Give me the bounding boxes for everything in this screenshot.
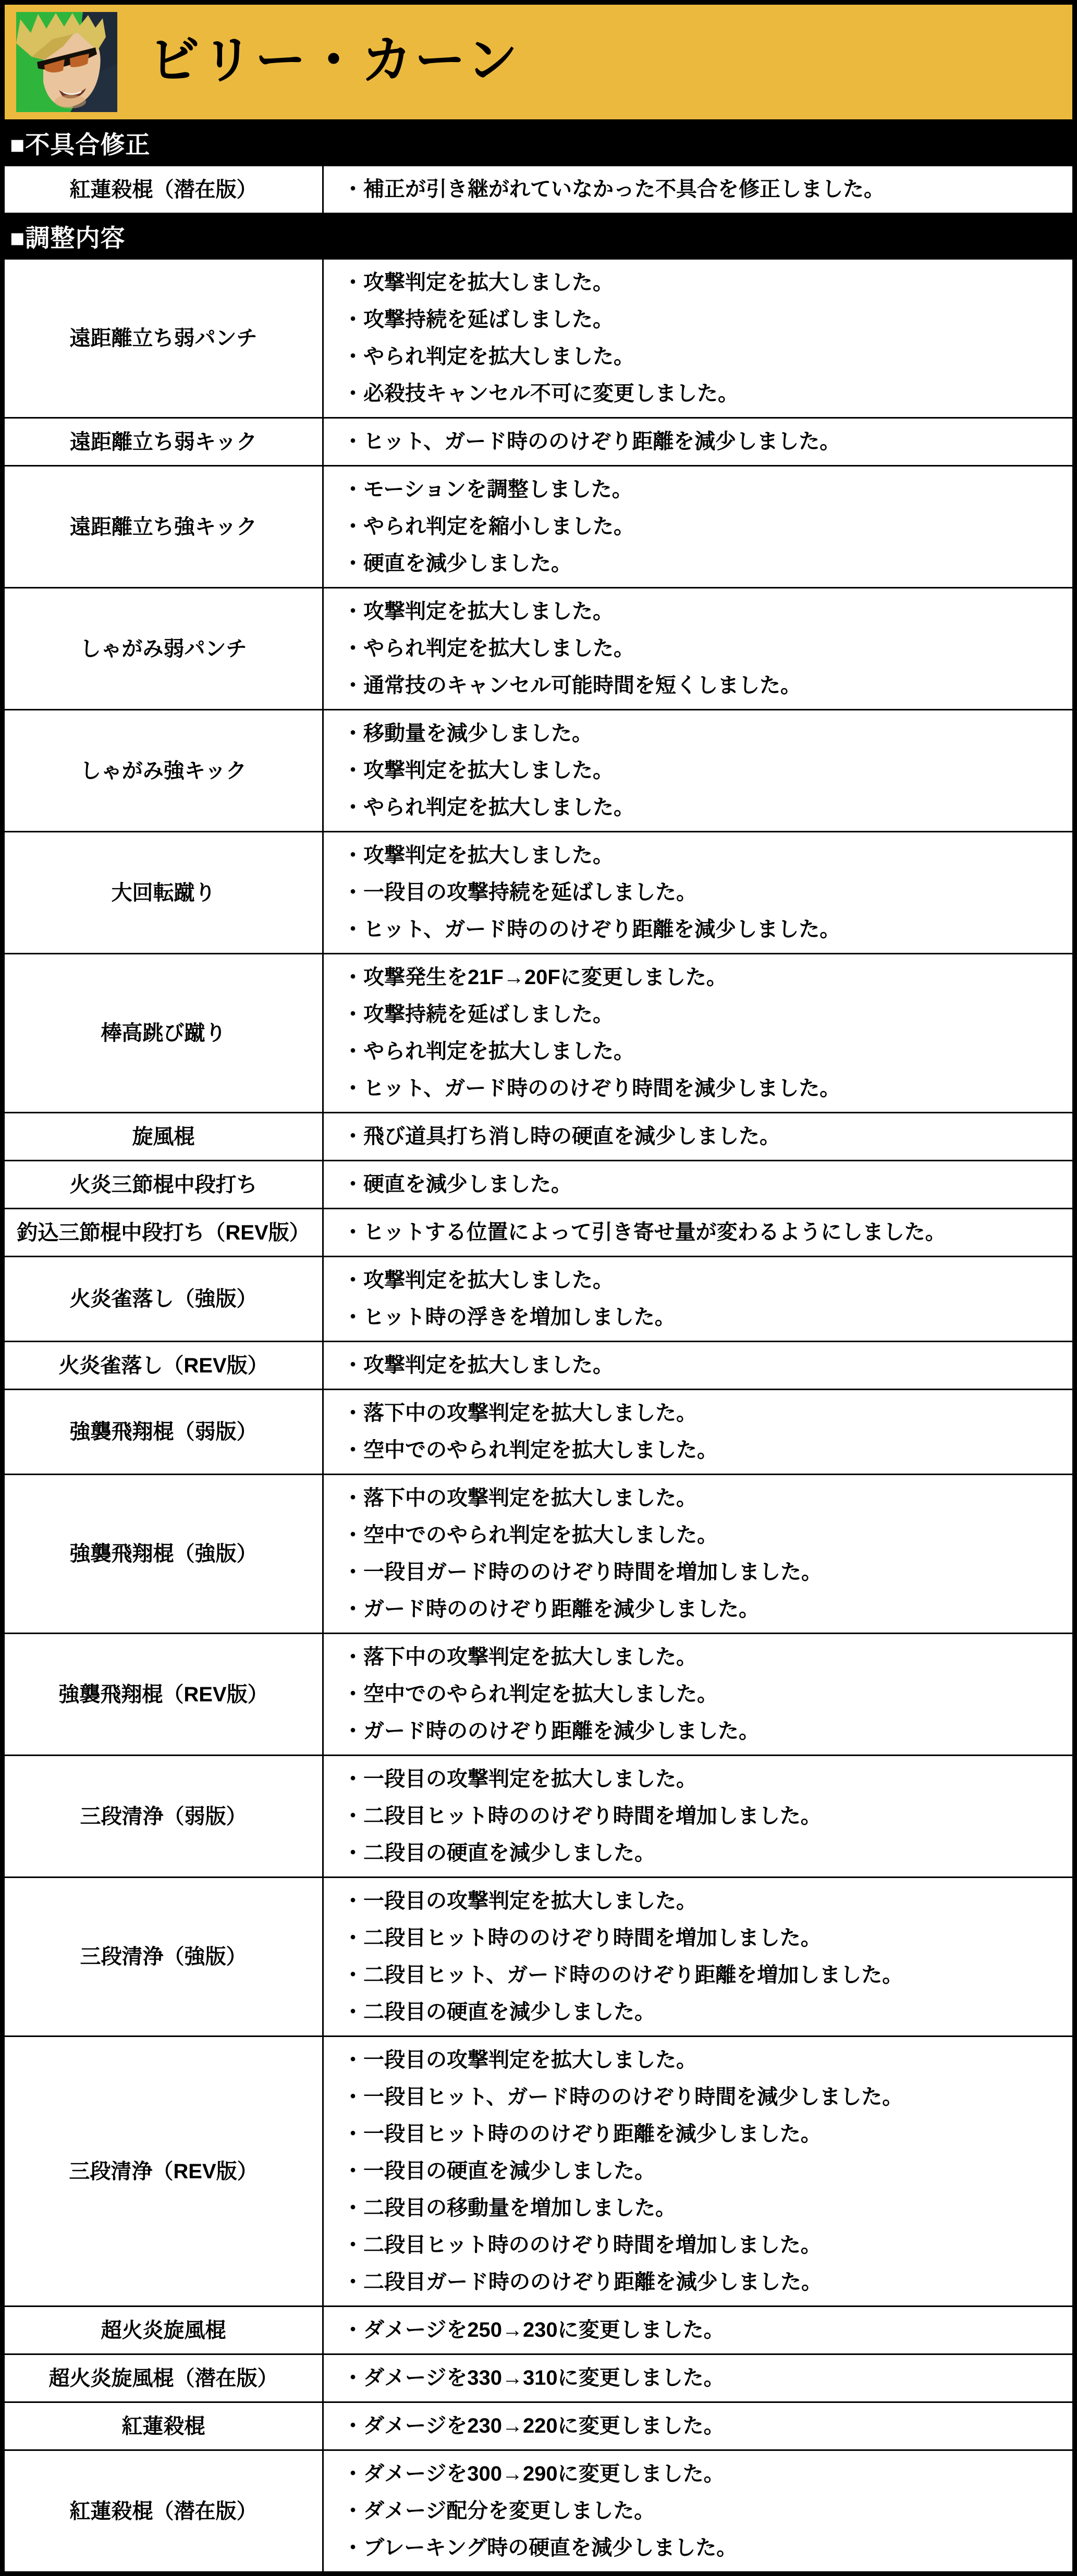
sections-container: ■不具合修正 紅蓮殺棍（潜在版） ・補正が引き継がれていなかった不具合を修正しま…	[5, 119, 1072, 2571]
table-row: 超火炎旋風棍（潜在版） ・ダメージを330→310に変更しました。	[5, 2355, 1072, 2403]
change-item: ・ダメージを330→310に変更しました。	[342, 2360, 1060, 2397]
move-name-cell: 遠距離立ち強キック	[5, 467, 324, 587]
move-name-cell: 三段清浄（REV版）	[5, 2037, 324, 2305]
change-item: ・落下中の攻撃判定を拡大しました。	[342, 1480, 1060, 1517]
move-name: 紅蓮殺棍（潜在版）	[70, 177, 258, 203]
move-name: 超火炎旋風棍	[101, 2317, 226, 2344]
change-item: ・空中でのやられ判定を拡大しました。	[342, 1432, 1060, 1469]
table-row: 大回転蹴り ・攻撃判定を拡大しました。・一段目の攻撃持続を延ばしました。・ヒット…	[5, 832, 1072, 954]
changes-cell: ・攻撃発生を21F→20Fに変更しました。・攻撃持続を延ばしました。・やられ判定…	[324, 954, 1072, 1112]
change-item: ・二段目ヒット時ののけぞり時間を増加しました。	[342, 1798, 1060, 1835]
table-row: 遠距離立ち強キック ・モーションを調整しました。・やられ判定を縮小しました。・硬…	[5, 467, 1072, 588]
move-name: 強襲飛翔棍（REV版）	[58, 1682, 268, 1708]
table-row: 釣込三節棍中段打ち（REV版） ・ヒットする位置によって引き寄せ量が変わるように…	[5, 1209, 1072, 1257]
move-name: 三段清浄（REV版）	[69, 2158, 258, 2185]
move-name-cell: しゃがみ弱パンチ	[5, 588, 324, 709]
move-name: 超火炎旋風棍（潜在版）	[49, 2365, 278, 2391]
table-row: 紅蓮殺棍 ・ダメージを230→220に変更しました。	[5, 2403, 1072, 2451]
changes-cell: ・硬直を減少しました。	[324, 1161, 1072, 1208]
table-row: 三段清浄（弱版） ・一段目の攻撃判定を拡大しました。・二段目ヒット時ののけぞり時…	[5, 1756, 1072, 1878]
changes-cell: ・落下中の攻撃判定を拡大しました。・空中でのやられ判定を拡大しました。・一段目ガ…	[324, 1475, 1072, 1633]
changes-cell: ・ダメージを230→220に変更しました。	[324, 2403, 1072, 2449]
move-name: 強襲飛翔棍（強版）	[70, 1541, 258, 1567]
table-row: 強襲飛翔棍（弱版） ・落下中の攻撃判定を拡大しました。・空中でのやられ判定を拡大…	[5, 1390, 1072, 1475]
change-item: ・攻撃判定を拡大しました。	[342, 264, 1060, 301]
changes-cell: ・ダメージを250→230に変更しました。	[324, 2307, 1072, 2353]
move-name-cell: 火炎三節棍中段打ち	[5, 1161, 324, 1208]
move-name-cell: 強襲飛翔棍（REV版）	[5, 1634, 324, 1755]
section-header: ■調整内容	[5, 213, 1072, 260]
move-name: 三段清浄（弱版）	[80, 1804, 247, 1830]
change-item: ・ダメージを300→290に変更しました。	[342, 2456, 1060, 2493]
changes-cell: ・落下中の攻撃判定を拡大しました。・空中でのやられ判定を拡大しました。	[324, 1390, 1072, 1474]
changes-cell: ・ダメージを330→310に変更しました。	[324, 2355, 1072, 2401]
change-item: ・一段目の攻撃判定を拡大しました。	[342, 1761, 1060, 1798]
patch-notes-page: ビリー・カーン ■不具合修正 紅蓮殺棍（潜在版） ・補正が引き継がれていなかった…	[0, 0, 1077, 2576]
table-row: 超火炎旋風棍 ・ダメージを250→230に変更しました。	[5, 2307, 1072, 2355]
change-item: ・硬直を減少しました。	[342, 1166, 1060, 1203]
changes-cell: ・落下中の攻撃判定を拡大しました。・空中でのやられ判定を拡大しました。・ガード時…	[324, 1634, 1072, 1755]
section-label: ■不具合修正	[10, 126, 150, 161]
table-row: しゃがみ強キック ・移動量を減少しました。・攻撃判定を拡大しました。・やられ判定…	[5, 710, 1072, 832]
changes-cell: ・移動量を減少しました。・攻撃判定を拡大しました。・やられ判定を拡大しました。	[324, 710, 1072, 831]
changes-cell: ・攻撃判定を拡大しました。・一段目の攻撃持続を延ばしました。・ヒット、ガード時の…	[324, 832, 1072, 953]
change-item: ・一段目の攻撃持続を延ばしました。	[342, 874, 1060, 911]
change-item: ・やられ判定を拡大しました。	[342, 789, 1060, 826]
changes-cell: ・一段目の攻撃判定を拡大しました。・二段目ヒット時ののけぞり時間を増加しました。…	[324, 1878, 1072, 2035]
move-name: 紅蓮殺棍（潜在版）	[70, 2498, 258, 2524]
changes-cell: ・ダメージを300→290に変更しました。・ダメージ配分を変更しました。・ブレー…	[324, 2451, 1072, 2571]
change-item: ・攻撃発生を21F→20Fに変更しました。	[342, 959, 1060, 996]
move-name-cell: 紅蓮殺棍（潜在版）	[5, 166, 324, 213]
change-item: ・落下中の攻撃判定を拡大しました。	[342, 1395, 1060, 1432]
character-face-icon	[16, 12, 117, 112]
table-row: 紅蓮殺棍（潜在版） ・補正が引き継がれていなかった不具合を修正しました。	[5, 166, 1072, 213]
change-item: ・ダメージを250→230に変更しました。	[342, 2312, 1060, 2349]
move-name: 三段清浄（強版）	[80, 1944, 247, 1970]
move-name-cell: 旋風棍	[5, 1113, 324, 1160]
change-item: ・二段目ガード時ののけぞり距離を減少しました。	[342, 2264, 1060, 2301]
change-item: ・ヒット時の浮きを増加しました。	[342, 1299, 1060, 1336]
move-name: 遠距離立ち弱キック	[70, 429, 257, 455]
change-item: ・攻撃判定を拡大しました。	[342, 1347, 1060, 1384]
table-row: 棒高跳び蹴り ・攻撃発生を21F→20Fに変更しました。・攻撃持続を延ばしました…	[5, 954, 1072, 1113]
changes-cell: ・攻撃判定を拡大しました。・ヒット時の浮きを増加しました。	[324, 1257, 1072, 1341]
change-item: ・ヒット、ガード時ののけぞり時間を減少しました。	[342, 1070, 1060, 1107]
table-row: 火炎雀落し（REV版） ・攻撃判定を拡大しました。	[5, 1342, 1072, 1390]
table-row: 火炎雀落し（強版） ・攻撃判定を拡大しました。・ヒット時の浮きを増加しました。	[5, 1257, 1072, 1342]
table-row: 旋風棍 ・飛び道具打ち消し時の硬直を減少しました。	[5, 1113, 1072, 1161]
move-name: しゃがみ弱パンチ	[80, 636, 247, 662]
character-portrait	[16, 12, 117, 112]
change-item: ・やられ判定を拡大しました。	[342, 338, 1060, 375]
change-item: ・ヒットする位置によって引き寄せ量が変わるようにしました。	[342, 1214, 1060, 1251]
move-name-cell: しゃがみ強キック	[5, 710, 324, 831]
move-name: 強襲飛翔棍（弱版）	[70, 1419, 258, 1445]
character-banner: ビリー・カーン	[5, 5, 1072, 119]
changes-cell: ・一段目の攻撃判定を拡大しました。・二段目ヒット時ののけぞり時間を増加しました。…	[324, 1756, 1072, 1876]
change-item: ・ダメージ配分を変更しました。	[342, 2493, 1060, 2530]
changes-cell: ・モーションを調整しました。・やられ判定を縮小しました。・硬直を減少しました。	[324, 467, 1072, 587]
move-name: 火炎雀落し（強版）	[70, 1286, 258, 1312]
move-name-cell: 強襲飛翔棍（強版）	[5, 1475, 324, 1633]
change-item: ・やられ判定を縮小しました。	[342, 508, 1060, 545]
change-item: ・攻撃持続を延ばしました。	[342, 996, 1060, 1033]
change-item: ・空中でのやられ判定を拡大しました。	[342, 1676, 1060, 1713]
move-name: 紅蓮殺棍	[122, 2413, 205, 2439]
change-item: ・やられ判定を拡大しました。	[342, 1033, 1060, 1070]
table-row: 強襲飛翔棍（強版） ・落下中の攻撃判定を拡大しました。・空中でのやられ判定を拡大…	[5, 1475, 1072, 1634]
move-name-cell: 遠距離立ち弱キック	[5, 419, 324, 465]
section-label: ■調整内容	[10, 219, 125, 254]
change-item: ・ガード時ののけぞり距離を減少しました。	[342, 1591, 1060, 1628]
table-row: 三段清浄（強版） ・一段目の攻撃判定を拡大しました。・二段目ヒット時ののけぞり時…	[5, 1878, 1072, 2037]
change-item: ・ダメージを230→220に変更しました。	[342, 2408, 1060, 2445]
section: ■不具合修正 紅蓮殺棍（潜在版） ・補正が引き継がれていなかった不具合を修正しま…	[5, 119, 1072, 213]
move-name-cell: 超火炎旋風棍	[5, 2307, 324, 2353]
move-name-cell: 遠距離立ち弱パンチ	[5, 260, 324, 417]
character-name-title: ビリー・カーン	[149, 34, 520, 85]
change-item: ・ヒット、ガード時ののけぞり距離を減少しました。	[342, 911, 1060, 948]
move-name: 遠距離立ち弱パンチ	[70, 325, 258, 351]
changes-cell: ・飛び道具打ち消し時の硬直を減少しました。	[324, 1113, 1072, 1160]
change-item: ・一段目ヒット時ののけぞり距離を減少しました。	[342, 2116, 1060, 2153]
change-item: ・補正が引き継がれていなかった不具合を修正しました。	[342, 171, 1060, 208]
move-name-cell: 釣込三節棍中段打ち（REV版）	[5, 1209, 324, 1256]
change-item: ・二段目の硬直を減少しました。	[342, 1835, 1060, 1872]
move-name-cell: 紅蓮殺棍（潜在版）	[5, 2451, 324, 2571]
move-name-cell: 強襲飛翔棍（弱版）	[5, 1390, 324, 1474]
move-name: 釣込三節棍中段打ち（REV版）	[17, 1220, 310, 1246]
change-item: ・二段目の移動量を増加しました。	[342, 2190, 1060, 2227]
section-header: ■不具合修正	[5, 119, 1072, 166]
change-item: ・攻撃持続を延ばしました。	[342, 301, 1060, 338]
change-item: ・やられ判定を拡大しました。	[342, 630, 1060, 667]
changes-cell: ・一段目の攻撃判定を拡大しました。・一段目ヒット、ガード時ののけぞり時間を減少し…	[324, 2037, 1072, 2305]
change-item: ・硬直を減少しました。	[342, 545, 1060, 582]
move-name-cell: 紅蓮殺棍	[5, 2403, 324, 2449]
move-name: 遠距離立ち強キック	[70, 514, 257, 540]
changes-cell: ・補正が引き継がれていなかった不具合を修正しました。	[324, 166, 1072, 213]
move-name: しゃがみ強キック	[80, 758, 247, 784]
change-item: ・攻撃判定を拡大しました。	[342, 837, 1060, 874]
move-name-cell: 火炎雀落し（強版）	[5, 1257, 324, 1341]
change-item: ・一段目の攻撃判定を拡大しました。	[342, 1883, 1060, 1920]
changes-cell: ・攻撃判定を拡大しました。	[324, 1342, 1072, 1389]
change-item: ・二段目の硬直を減少しました。	[342, 1994, 1060, 2031]
table-row: 遠距離立ち弱パンチ ・攻撃判定を拡大しました。・攻撃持続を延ばしました。・やられ…	[5, 260, 1072, 419]
table-row: 火炎三節棍中段打ち ・硬直を減少しました。	[5, 1161, 1072, 1209]
change-item: ・一段目ヒット、ガード時ののけぞり時間を減少しました。	[342, 2079, 1060, 2116]
change-item: ・一段目の硬直を減少しました。	[342, 2153, 1060, 2190]
move-name-cell: 超火炎旋風棍（潜在版）	[5, 2355, 324, 2401]
change-item: ・ガード時ののけぞり距離を減少しました。	[342, 1713, 1060, 1750]
move-name-cell: 三段清浄（強版）	[5, 1878, 324, 2035]
changes-cell: ・攻撃判定を拡大しました。・やられ判定を拡大しました。・通常技のキャンセル可能時…	[324, 588, 1072, 709]
change-item: ・通常技のキャンセル可能時間を短くしました。	[342, 667, 1060, 704]
change-item: ・一段目の攻撃判定を拡大しました。	[342, 2042, 1060, 2079]
change-item: ・移動量を減少しました。	[342, 715, 1060, 752]
move-name: 大回転蹴り	[112, 880, 216, 906]
change-item: ・二段目ヒット時ののけぞり時間を増加しました。	[342, 2227, 1060, 2264]
table-row: 紅蓮殺棍（潜在版） ・ダメージを300→290に変更しました。・ダメージ配分を変…	[5, 2451, 1072, 2571]
section-rows: 紅蓮殺棍（潜在版） ・補正が引き継がれていなかった不具合を修正しました。	[5, 166, 1072, 213]
move-name: 火炎三節棍中段打ち	[70, 1172, 258, 1198]
change-item: ・空中でのやられ判定を拡大しました。	[342, 1517, 1060, 1554]
move-name-cell: 棒高跳び蹴り	[5, 954, 324, 1112]
change-item: ・二段目ヒット時ののけぞり時間を増加しました。	[342, 1920, 1060, 1957]
change-item: ・二段目ヒット、ガード時ののけぞり距離を増加しました。	[342, 1957, 1060, 1994]
move-name: 火炎雀落し（REV版）	[58, 1353, 268, 1379]
change-item: ・ブレーキング時の硬直を減少しました。	[342, 2530, 1060, 2567]
table-row: 強襲飛翔棍（REV版） ・落下中の攻撃判定を拡大しました。・空中でのやられ判定を…	[5, 1634, 1072, 1756]
change-item: ・ヒット、ガード時ののけぞり距離を減少しました。	[342, 423, 1060, 460]
changes-cell: ・ヒットする位置によって引き寄せ量が変わるようにしました。	[324, 1209, 1072, 1256]
change-item: ・一段目ガード時ののけぞり時間を増加しました。	[342, 1554, 1060, 1591]
move-name: 棒高跳び蹴り	[101, 1020, 226, 1046]
section-rows: 遠距離立ち弱パンチ ・攻撃判定を拡大しました。・攻撃持続を延ばしました。・やられ…	[5, 260, 1072, 2571]
change-item: ・攻撃判定を拡大しました。	[342, 752, 1060, 789]
section: ■調整内容 遠距離立ち弱パンチ ・攻撃判定を拡大しました。・攻撃持続を延ばしまし…	[5, 213, 1072, 2571]
change-item: ・必殺技キャンセル不可に変更しました。	[342, 375, 1060, 412]
move-name-cell: 火炎雀落し（REV版）	[5, 1342, 324, 1389]
move-name-cell: 三段清浄（弱版）	[5, 1756, 324, 1876]
change-item: ・攻撃判定を拡大しました。	[342, 593, 1060, 630]
changes-cell: ・攻撃判定を拡大しました。・攻撃持続を延ばしました。・やられ判定を拡大しました。…	[324, 260, 1072, 417]
move-name: 旋風棍	[132, 1124, 195, 1150]
table-row: しゃがみ弱パンチ ・攻撃判定を拡大しました。・やられ判定を拡大しました。・通常技…	[5, 588, 1072, 710]
table-row: 三段清浄（REV版） ・一段目の攻撃判定を拡大しました。・一段目ヒット、ガード時…	[5, 2037, 1072, 2307]
table-row: 遠距離立ち弱キック ・ヒット、ガード時ののけぞり距離を減少しました。	[5, 419, 1072, 467]
change-item: ・モーションを調整しました。	[342, 471, 1060, 508]
move-name-cell: 大回転蹴り	[5, 832, 324, 953]
change-item: ・攻撃判定を拡大しました。	[342, 1262, 1060, 1299]
change-item: ・飛び道具打ち消し時の硬直を減少しました。	[342, 1118, 1060, 1155]
change-item: ・落下中の攻撃判定を拡大しました。	[342, 1639, 1060, 1676]
changes-cell: ・ヒット、ガード時ののけぞり距離を減少しました。	[324, 419, 1072, 465]
